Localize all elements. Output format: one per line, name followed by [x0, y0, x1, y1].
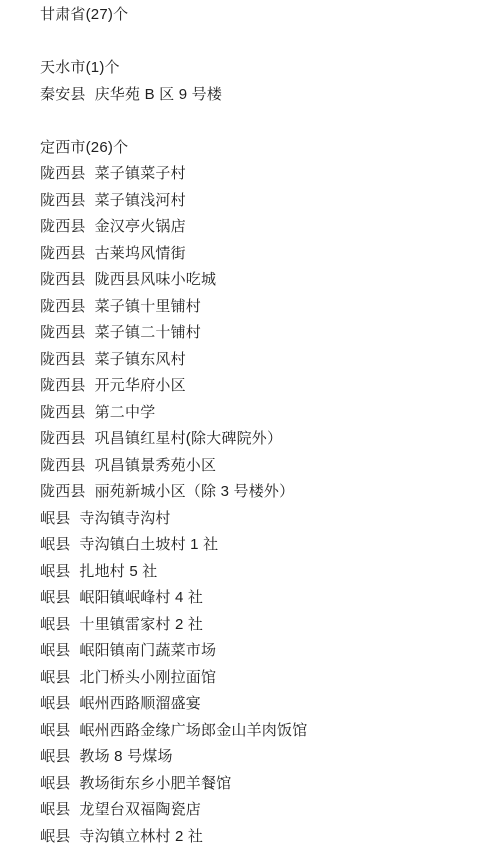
list-item: 岷县寺沟镇立林村 2 社 — [40, 824, 464, 849]
list-item: 岷县扎地村 5 社 — [40, 559, 464, 586]
place-label: 扎地村 5 社 — [79, 559, 157, 586]
list-item: 岷县北门桥头小刚拉面馆 — [40, 665, 464, 692]
county-label: 陇西县 — [40, 479, 86, 506]
county-label: 陇西县 — [40, 373, 86, 400]
location-list-page: 甘肃省(27)个 天水市(1)个秦安县庆华苑 B 区 9 号楼定西市(26)个陇… — [0, 0, 480, 849]
place-label: 陇西县风味小吃城 — [95, 267, 217, 294]
place-label: 丽苑新城小区（除 3 号楼外） — [95, 479, 295, 506]
county-label: 岷县 — [40, 771, 70, 798]
county-label: 岷县 — [40, 718, 70, 745]
list-item: 岷县十里镇雷家村 2 社 — [40, 612, 464, 639]
list-item: 陇西县巩昌镇红星村(除大碑院外） — [40, 426, 464, 453]
county-label: 陇西县 — [40, 214, 86, 241]
place-label: 庆华苑 B 区 9 号楼 — [95, 82, 222, 109]
place-label: 开元华府小区 — [95, 373, 186, 400]
place-label: 岷州西路顺溜盛宴 — [79, 691, 201, 718]
place-label: 龙望台双福陶瓷店 — [79, 797, 201, 824]
list-item: 陇西县金汉亭火锅店 — [40, 214, 464, 241]
list-item: 岷县岷州西路顺溜盛宴 — [40, 691, 464, 718]
place-label: 岷阳镇岷峰村 4 社 — [79, 585, 203, 612]
place-label: 巩昌镇景秀苑小区 — [95, 453, 217, 480]
place-label: 金汉亭火锅店 — [95, 214, 186, 241]
county-label: 陇西县 — [40, 188, 86, 215]
county-label: 岷县 — [40, 559, 70, 586]
county-label: 陇西县 — [40, 241, 86, 268]
list-item: 陇西县菜子镇二十铺村 — [40, 320, 464, 347]
place-label: 北门桥头小刚拉面馆 — [79, 665, 216, 692]
county-label: 陇西县 — [40, 453, 86, 480]
place-label: 教场街东乡小肥羊餐馆 — [79, 771, 231, 798]
place-label: 菜子镇浅河村 — [95, 188, 186, 215]
place-label: 菜子镇十里铺村 — [95, 294, 201, 321]
list-item: 陇西县巩昌镇景秀苑小区 — [40, 453, 464, 480]
place-label: 岷阳镇南门蔬菜市场 — [79, 638, 216, 665]
county-label: 岷县 — [40, 744, 70, 771]
list-item: 陇西县菜子镇东风村 — [40, 347, 464, 374]
county-label: 秦安县 — [40, 82, 86, 109]
county-label: 陇西县 — [40, 294, 86, 321]
list-item: 岷县岷州西路金缘广场郎金山羊肉饭馆 — [40, 718, 464, 745]
list-item: 陇西县陇西县风味小吃城 — [40, 267, 464, 294]
list-item: 岷县岷阳镇岷峰村 4 社 — [40, 585, 464, 612]
county-label: 陇西县 — [40, 161, 86, 188]
page-title: 甘肃省(27)个 — [40, 2, 464, 29]
place-label: 十里镇雷家村 2 社 — [79, 612, 203, 639]
county-label: 岷县 — [40, 691, 70, 718]
county-label: 岷县 — [40, 612, 70, 639]
place-label: 寺沟镇立林村 2 社 — [79, 824, 203, 849]
list-item: 岷县龙望台双福陶瓷店 — [40, 797, 464, 824]
county-label: 陇西县 — [40, 267, 86, 294]
place-label: 寺沟镇寺沟村 — [79, 506, 170, 533]
list-item: 陇西县丽苑新城小区（除 3 号楼外） — [40, 479, 464, 506]
place-label: 菜子镇东风村 — [95, 347, 186, 374]
list-item: 岷县寺沟镇寺沟村 — [40, 506, 464, 533]
list-item: 陇西县开元华府小区 — [40, 373, 464, 400]
place-label: 巩昌镇红星村(除大碑院外） — [95, 426, 283, 453]
city-sections: 天水市(1)个秦安县庆华苑 B 区 9 号楼定西市(26)个陇西县菜子镇菜子村陇… — [40, 55, 464, 849]
list-item: 岷县岷阳镇南门蔬菜市场 — [40, 638, 464, 665]
county-label: 岷县 — [40, 506, 70, 533]
city-section: 天水市(1)个秦安县庆华苑 B 区 9 号楼 — [40, 55, 464, 108]
list-item: 岷县寺沟镇白土坡村 1 社 — [40, 532, 464, 559]
list-item: 陇西县古莱坞风情街 — [40, 241, 464, 268]
city-section: 定西市(26)个陇西县菜子镇菜子村陇西县菜子镇浅河村陇西县金汉亭火锅店陇西县古莱… — [40, 135, 464, 849]
county-label: 岷县 — [40, 585, 70, 612]
list-item: 秦安县庆华苑 B 区 9 号楼 — [40, 82, 464, 109]
list-item: 陇西县第二中学 — [40, 400, 464, 427]
list-item: 陇西县菜子镇十里铺村 — [40, 294, 464, 321]
county-label: 岷县 — [40, 665, 70, 692]
list-item: 陇西县菜子镇菜子村 — [40, 161, 464, 188]
place-label: 菜子镇菜子村 — [95, 161, 186, 188]
county-label: 陇西县 — [40, 320, 86, 347]
county-label: 陇西县 — [40, 426, 86, 453]
place-label: 寺沟镇白土坡村 1 社 — [79, 532, 218, 559]
county-label: 岷县 — [40, 824, 70, 849]
place-label: 第二中学 — [95, 400, 156, 427]
county-label: 陇西县 — [40, 400, 86, 427]
list-item: 陇西县菜子镇浅河村 — [40, 188, 464, 215]
city-heading: 天水市(1)个 — [40, 55, 464, 82]
county-label: 岷县 — [40, 532, 70, 559]
place-label: 古莱坞风情街 — [95, 241, 186, 268]
list-item: 岷县教场街东乡小肥羊餐馆 — [40, 771, 464, 798]
city-heading: 定西市(26)个 — [40, 135, 464, 162]
county-label: 岷县 — [40, 797, 70, 824]
place-label: 菜子镇二十铺村 — [95, 320, 201, 347]
place-label: 教场 8 号煤场 — [79, 744, 172, 771]
county-label: 岷县 — [40, 638, 70, 665]
county-label: 陇西县 — [40, 347, 86, 374]
place-label: 岷州西路金缘广场郎金山羊肉饭馆 — [79, 718, 307, 745]
list-item: 岷县教场 8 号煤场 — [40, 744, 464, 771]
